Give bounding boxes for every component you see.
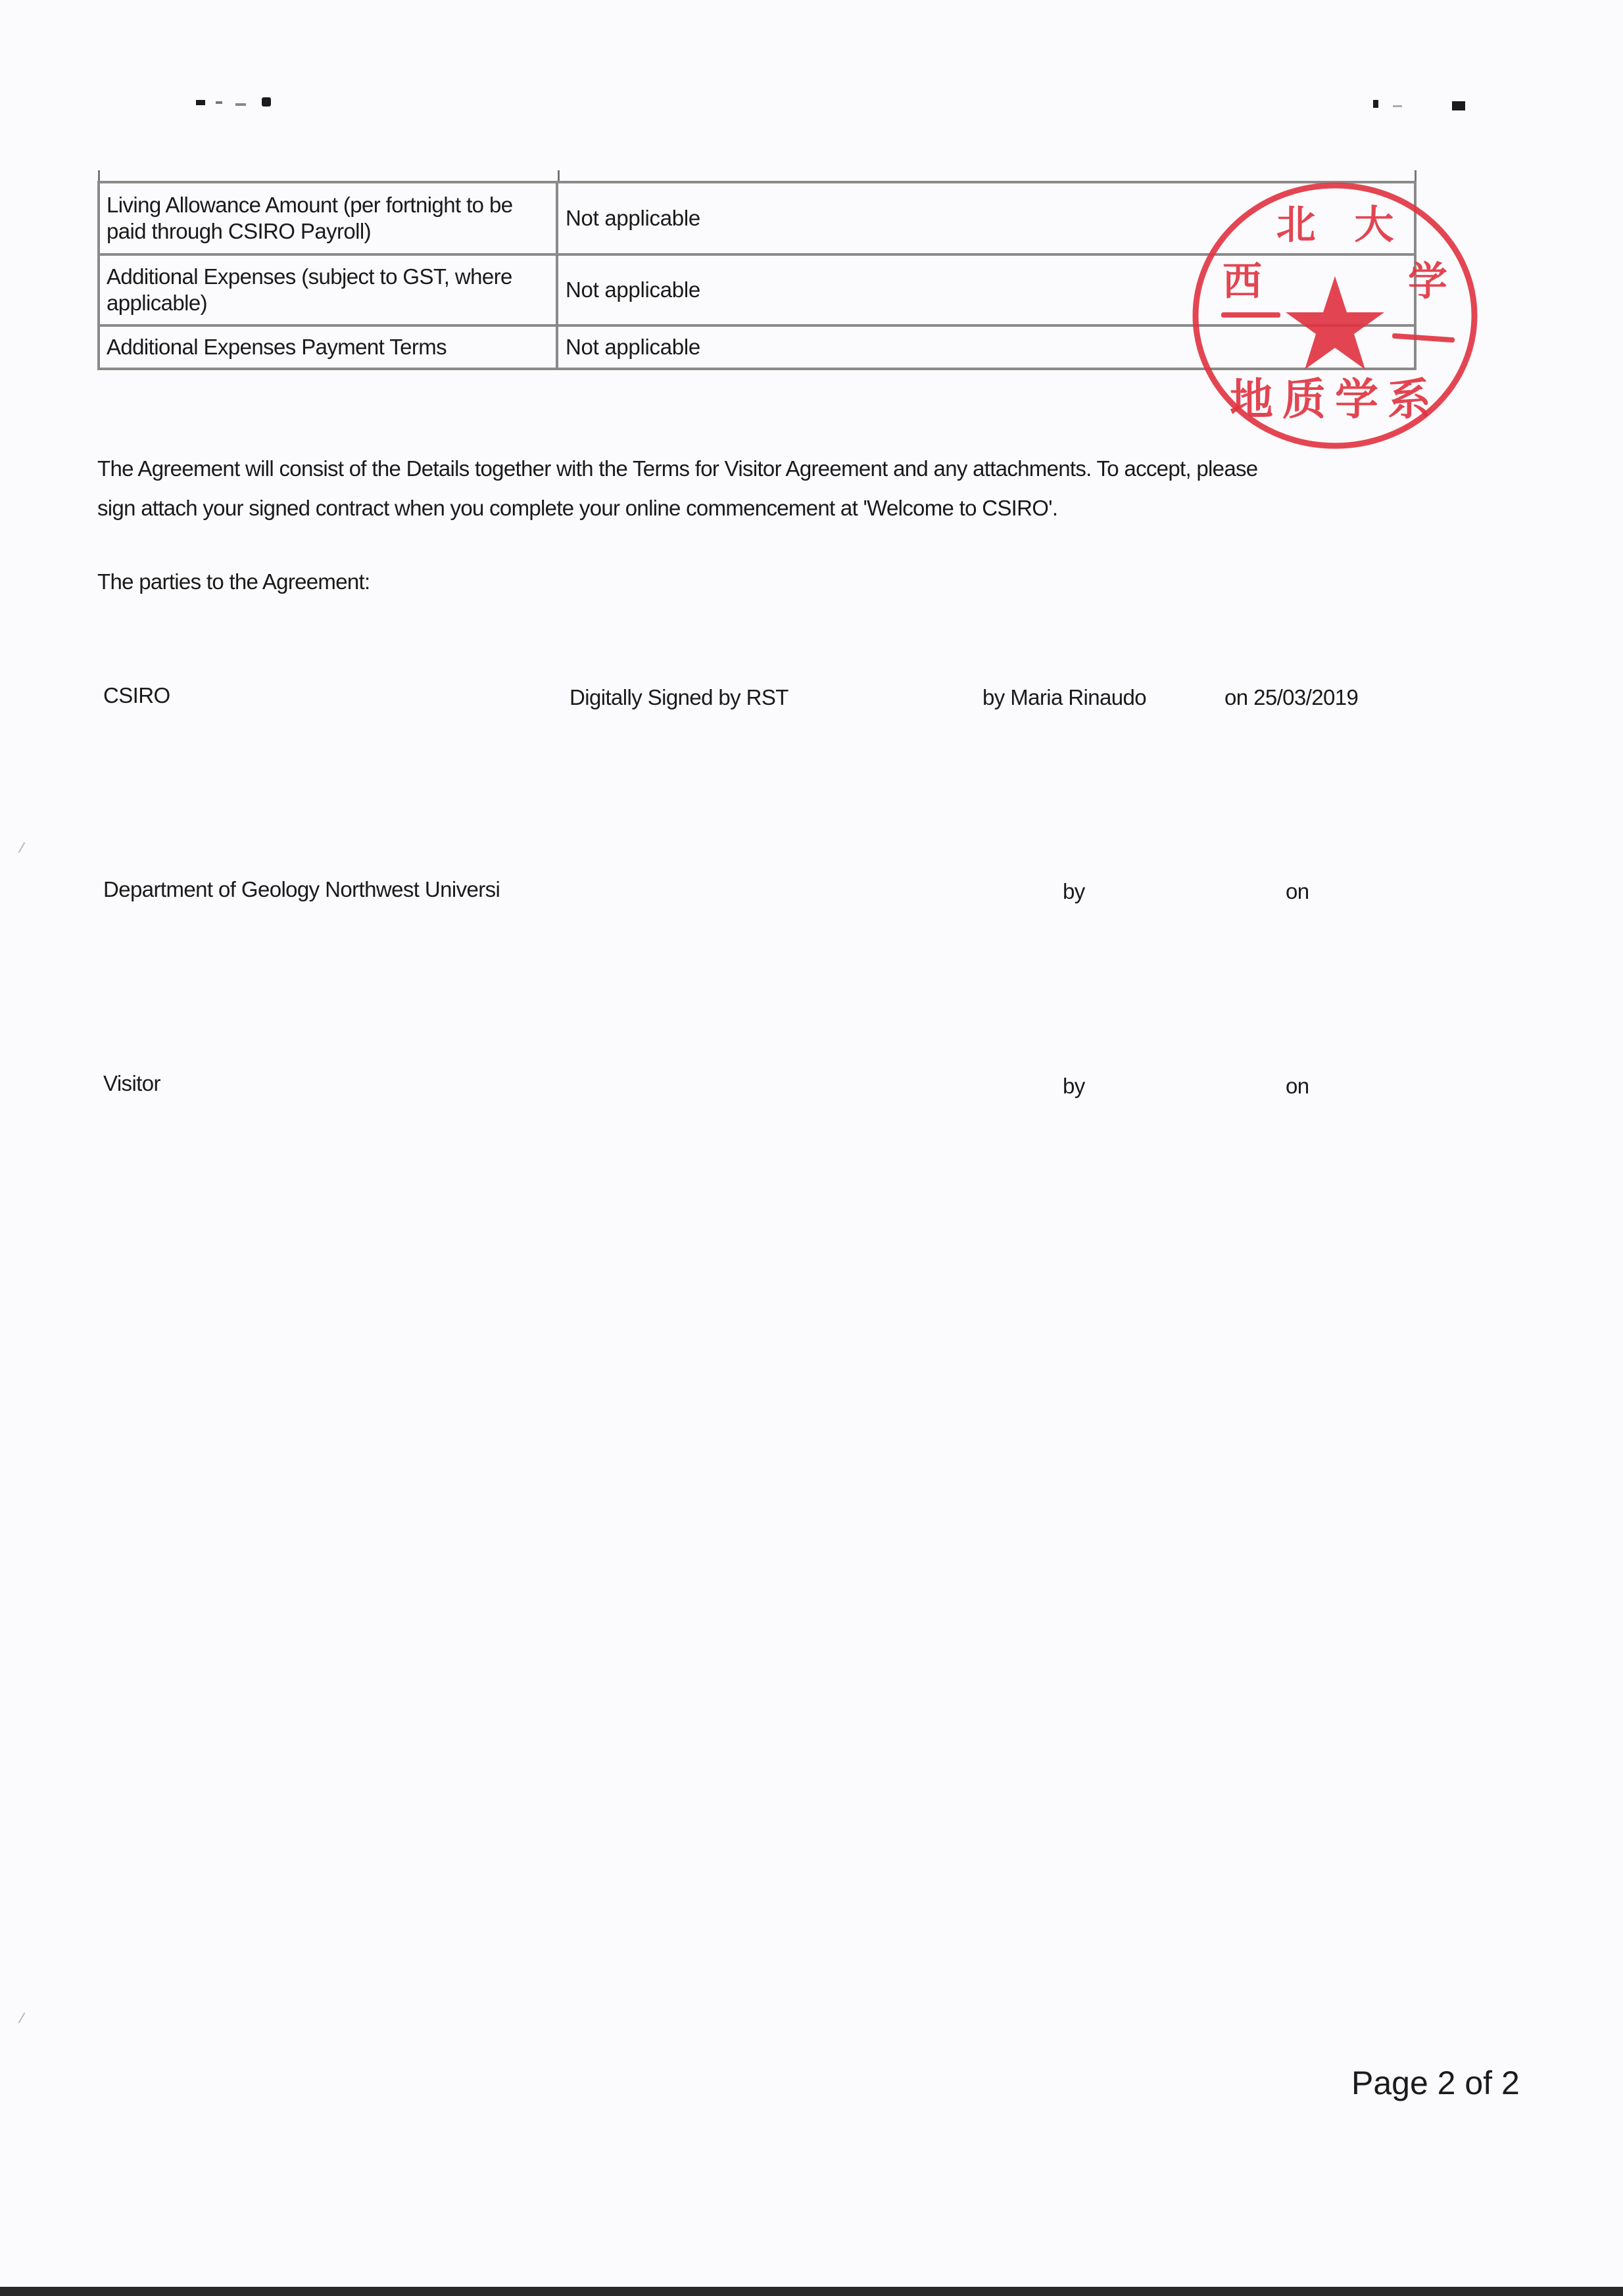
page-number: Page 2 of 2 — [1351, 2064, 1520, 2102]
parties-heading: The parties to the Agreement: — [97, 569, 370, 594]
details-table: Living Allowance Amount (per fortnight t… — [97, 181, 1417, 370]
stamp-bottom-text: 地质学系 — [1230, 374, 1440, 425]
party-name: CSIRO — [103, 683, 170, 708]
party-signed-by: by Maria Rinaudo — [982, 685, 1146, 710]
scan-bottom-edge — [0, 2287, 1623, 2296]
scan-artifact — [18, 842, 26, 853]
row-label: Living Allowance Amount (per fortnight t… — [97, 183, 558, 253]
party-signed-by: by — [1063, 1074, 1085, 1099]
table-tick-left — [98, 170, 100, 181]
party-name: Department of Geology Northwest Universi — [103, 877, 500, 902]
table-row: Additional Expenses Payment Terms Not ap… — [97, 324, 1417, 370]
row-value: Not applicable — [558, 256, 1417, 324]
party-signed-on: on — [1286, 879, 1309, 904]
party-signed-on: on 25/03/2019 — [1224, 685, 1358, 710]
scan-mark-right — [1373, 99, 1472, 113]
party-signed-on: on — [1286, 1074, 1309, 1099]
document-page: Living Allowance Amount (per fortnight t… — [0, 0, 1623, 2296]
party-name: Visitor — [103, 1071, 160, 1096]
row-value: Not applicable — [558, 183, 1417, 253]
row-label: Additional Expenses (subject to GST, whe… — [97, 256, 558, 324]
scan-artifact — [18, 2013, 26, 2024]
agreement-text-line-2: sign attach your signed contract when yo… — [97, 496, 1057, 521]
scan-mark-left — [196, 97, 291, 110]
table-tick-middle — [558, 170, 560, 181]
row-value: Not applicable — [558, 327, 1417, 368]
row-label: Additional Expenses Payment Terms — [97, 327, 558, 368]
agreement-text-line-1: The Agreement will consist of the Detail… — [97, 456, 1257, 481]
table-row: Additional Expenses (subject to GST, whe… — [97, 253, 1417, 324]
party-signature: Digitally Signed by RST — [569, 685, 788, 710]
party-signed-by: by — [1063, 879, 1085, 904]
table-row: Living Allowance Amount (per fortnight t… — [97, 181, 1417, 253]
table-tick-right — [1415, 170, 1417, 181]
